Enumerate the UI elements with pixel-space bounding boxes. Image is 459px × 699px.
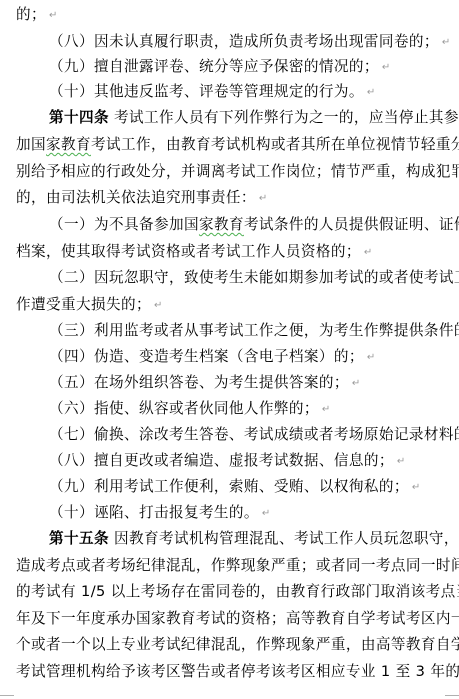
text-line: 个或者一个以上专业考试纪律混乱，作弊现象严重，由高等教育自学 <box>16 630 459 660</box>
paragraph-mark-icon: ↵ <box>397 456 406 467</box>
text-line: 第十四条 考试工作人员有下列作弊行为之一的，应当停止其参 <box>49 103 459 133</box>
line-text: 造成考点或者考场纪律混乱，作弊现象严重；或者同一考点同一时间 <box>16 557 459 574</box>
text-line: 考试管理机构给予该考区警告或者停考该考区相应专业 1 至 3 年的处 <box>16 657 459 687</box>
paragraph-mark-icon: ↵ <box>367 87 376 98</box>
paragraph-mark-icon: ↵ <box>412 482 421 493</box>
paragraph-mark-icon: ↵ <box>382 62 391 73</box>
spellcheck-underline: 家教育 <box>199 216 244 233</box>
paragraph-mark-icon: ↵ <box>364 247 373 258</box>
paragraph-mark-icon: ↵ <box>259 193 268 204</box>
line-text: 因教育考试机构管理混乱、考试工作人员玩忽职守， <box>109 530 459 547</box>
line-text: （十）其他违反监考、评卷等管理规定的行为。 <box>49 83 364 100</box>
line-text: 个或者一个以上专业考试纪律混乱，作弊现象严重，由高等教育自学 <box>16 636 459 653</box>
line-text: 作遭受重大损失的； <box>16 296 151 313</box>
line-text: （七）偷换、涂改考生答卷、考试成绩或者考场原始记录材料的； <box>49 426 459 443</box>
line-text: 的，由司法机关依法追究刑事责任： <box>16 189 256 206</box>
text-line: 的考试有 1/5 以上考场存在雷同卷的，由教育行政部门取消该考点当 <box>16 577 459 607</box>
article-heading: 第十五条 <box>49 530 109 547</box>
line-text: 的； <box>16 6 46 23</box>
text-line: 的；↵ <box>16 0 58 30</box>
line-text: （八）擅自更改或者编造、虚报考试数据、信息的； <box>49 452 394 469</box>
line-text: 档案，使其取得考试资格或者考试工作人员资格的； <box>16 243 361 260</box>
text-line: （一）为不具备参加国家教育考试条件的人员提供假证明、证件、 <box>49 210 459 240</box>
page-corner-mark-left <box>0 695 14 696</box>
line-text: 的考试有 1/5 以上考场存在雷同卷的，由教育行政部门取消该考点当 <box>16 583 459 600</box>
article-heading: 第十四条 <box>49 109 109 126</box>
paragraph-mark-icon: ↵ <box>262 508 271 519</box>
line-text: 考试管理机构给予该考区警告或者停考该考区相应专业 1 至 3 年的处 <box>16 663 459 680</box>
line-text: （九）擅自泄露评卷、统分等应予保密的情况的； <box>49 58 379 75</box>
line-text: （十）诬陷、打击报复考生的。 <box>49 504 259 521</box>
paragraph-mark-icon: ↵ <box>442 37 451 48</box>
paragraph-mark-icon: ↵ <box>154 300 163 311</box>
line-text: （三）利用监考或者从事考试工作之便，为考生作弊提供条件的； <box>49 322 459 339</box>
paragraph-mark-icon: ↵ <box>322 404 331 415</box>
line-text: 考试工作人员有下列作弊行为之一的，应当停止其参 <box>109 109 459 126</box>
paragraph-mark-icon: ↵ <box>352 378 361 389</box>
text-line: 第十五条 因教育考试机构管理混乱、考试工作人员玩忽职守， <box>49 524 459 554</box>
text-line: 的，由司法机关依法追究刑事责任：↵ <box>16 183 268 213</box>
text-line: 加国家教育考试工作，由教育考试机构或者其所在单位视情节轻重分 <box>16 130 459 160</box>
text-line: （二）因玩忽职守，致使考生未能如期参加考试的或者使考试工 <box>49 263 459 293</box>
line-text: （五）在场外组织答卷、为考生提供答案的； <box>49 374 349 391</box>
line-text: 别给予相应的行政处分，并调离考试工作岗位；情节严重，构成犯罪 <box>16 163 459 180</box>
line-text: （四）伪造、变造考生档案（含电子档案）的； <box>49 348 364 365</box>
page-corner-mark-right <box>445 695 459 696</box>
line-text: 加国家教育考试工作，由教育考试机构或者其所在单位视情节轻重分 <box>16 136 459 153</box>
line-text: （六）指使、纵容或者伙同他人作弊的； <box>49 400 319 417</box>
line-text: （一）为不具备参加国家教育考试条件的人员提供假证明、证件、 <box>49 216 459 233</box>
line-text: 年及下一年度承办国家教育考试的资格；高等教育自学考试考区内一 <box>16 610 459 627</box>
spellcheck-underline: 家教育 <box>46 136 91 153</box>
line-text: （二）因玩忽职守，致使考生未能如期参加考试的或者使考试工 <box>49 269 459 286</box>
line-text: （八）因未认真履行职责，造成所负责考场出现雷同卷的； <box>49 33 439 50</box>
paragraph-mark-icon: ↵ <box>49 10 58 21</box>
line-text: （九）利用考试工作便利，索贿、受贿、以权徇私的； <box>49 478 409 495</box>
paragraph-mark-icon: ↵ <box>367 352 376 363</box>
